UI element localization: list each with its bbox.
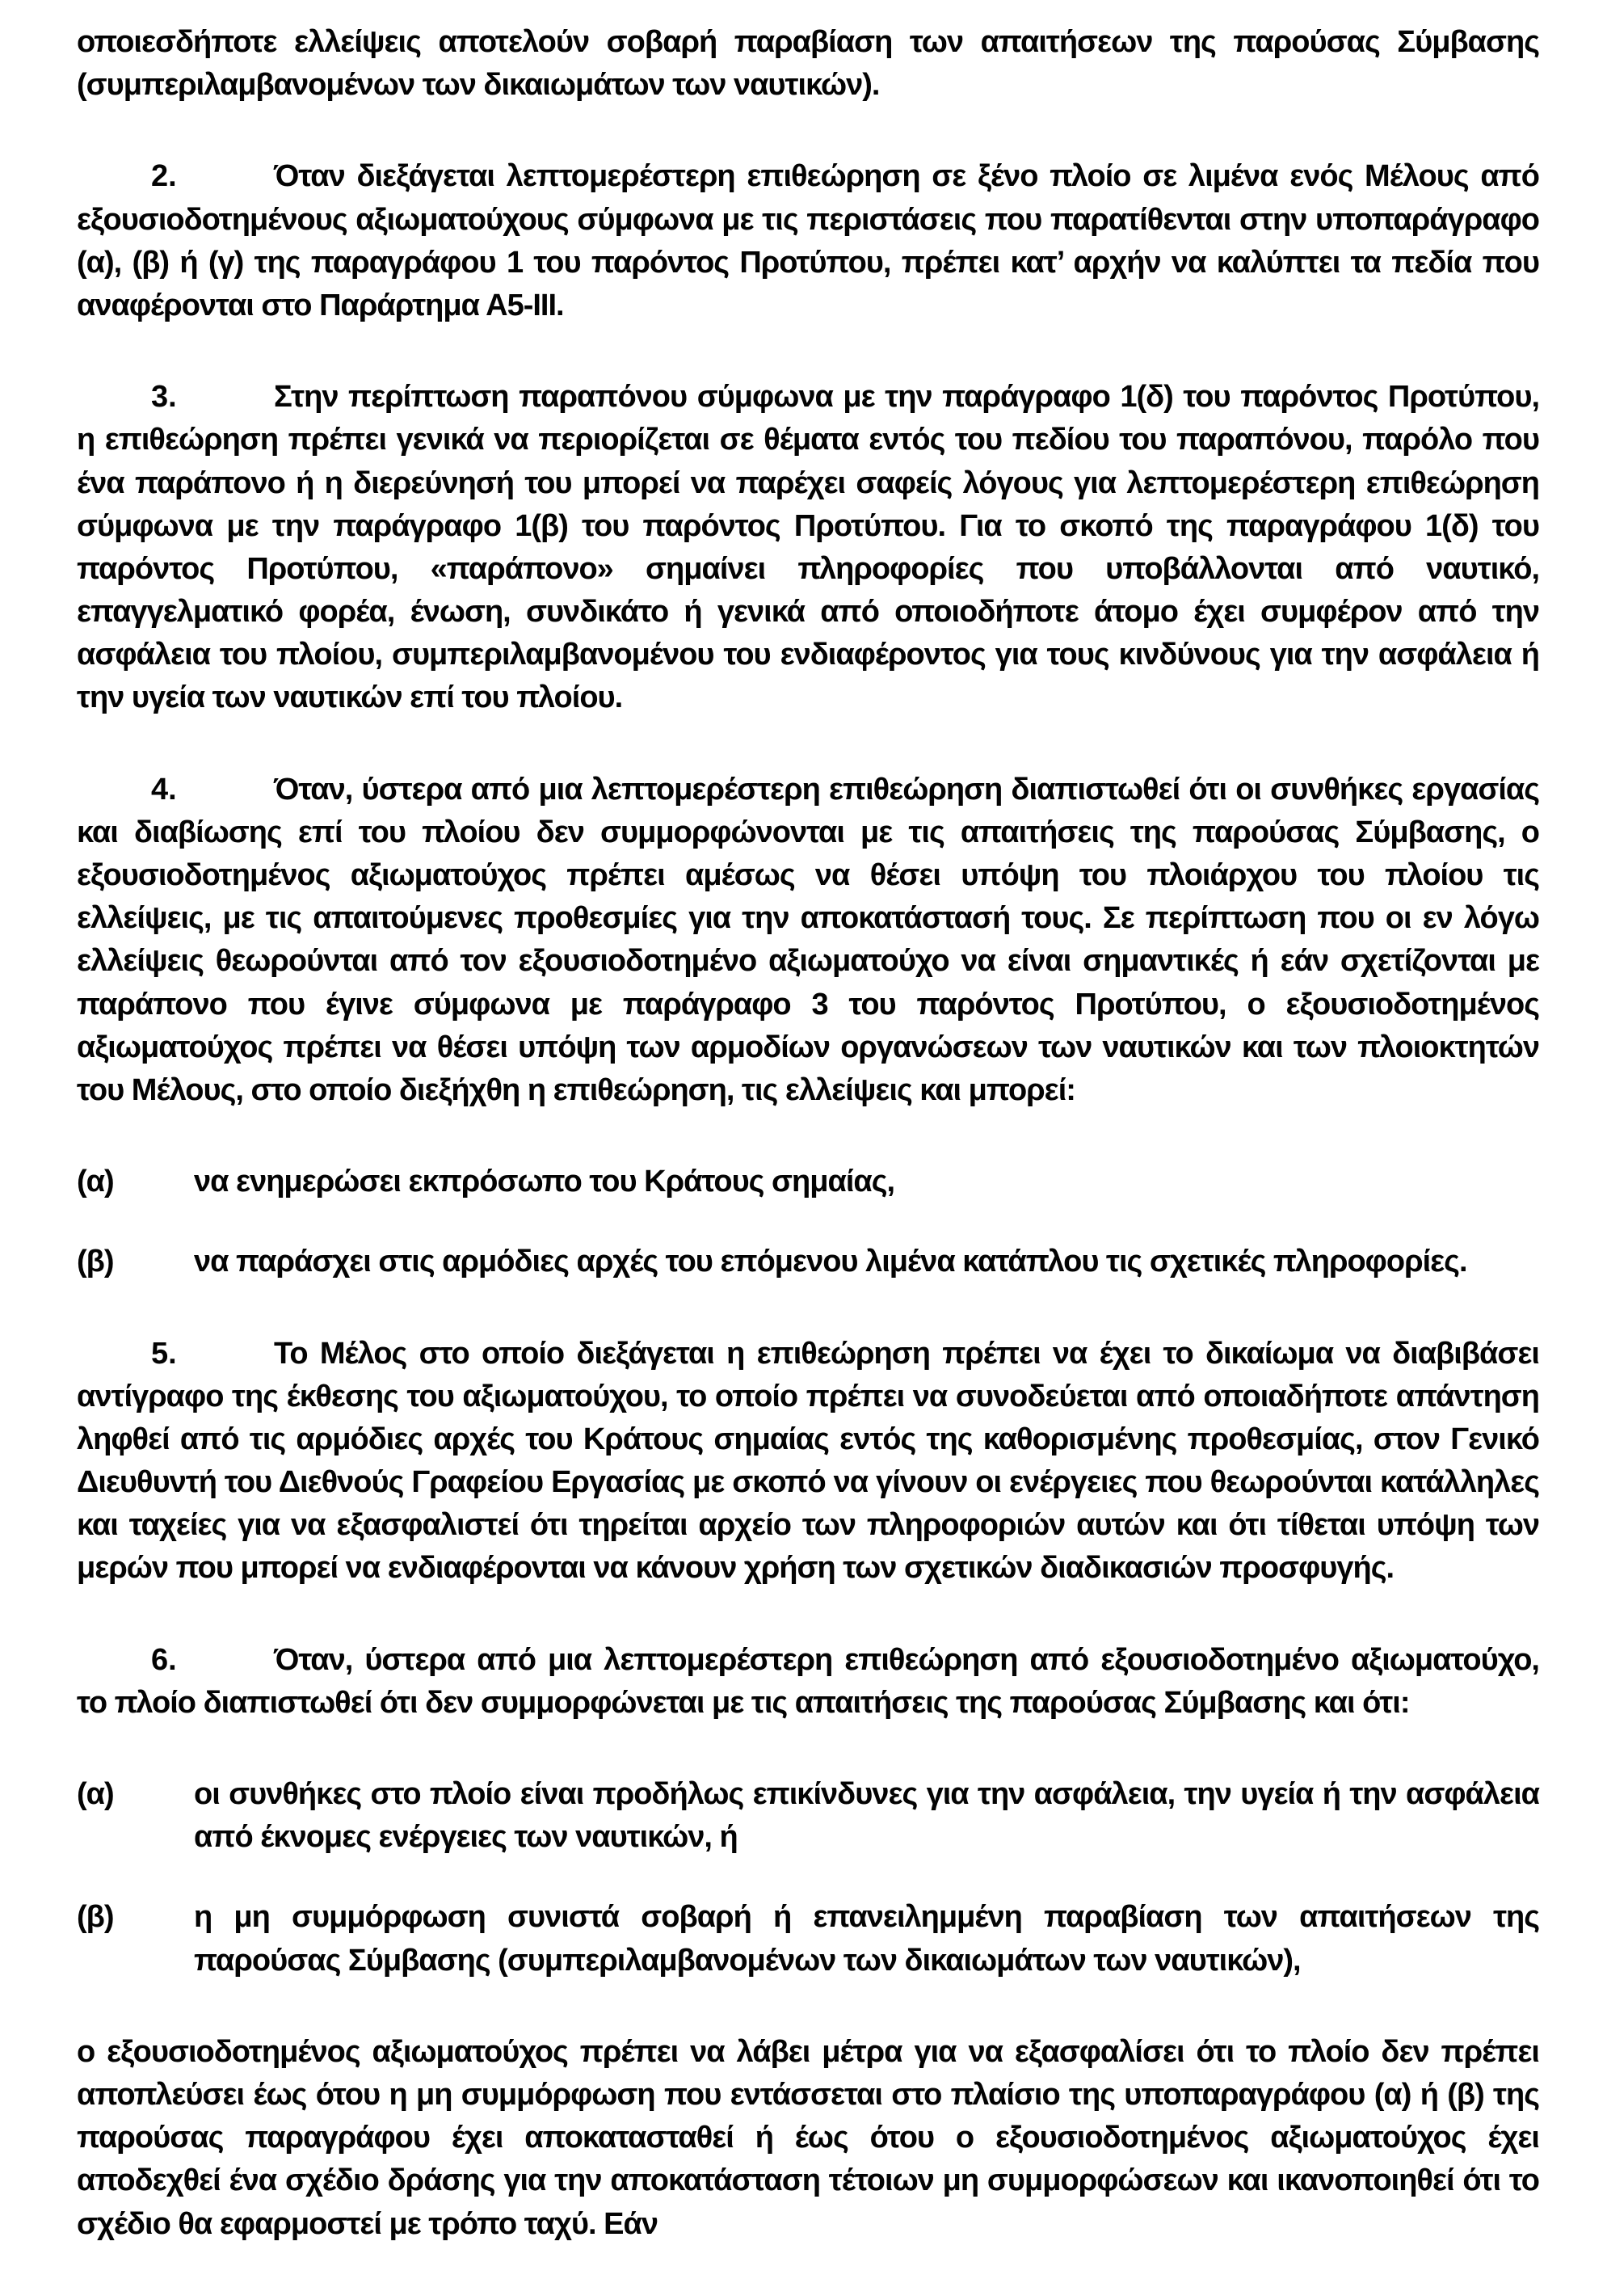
paragraph-2: 2.Όταν διεξάγεται λεπτομερέστερη επιθεώρ… [77,155,1539,327]
paragraph-6-number: 6. [151,1639,274,1682]
paragraph-closing: ο εξουσιοδοτημένος αξιωματούχος πρέπει ν… [77,2031,1539,2246]
paragraph-3-text: Στην περίπτωση παραπόνου σύμφωνα με την … [77,380,1539,714]
list-item-6a: (α) οι συνθήκες στο πλοίο είναι προδήλως… [77,1773,1539,1859]
paragraph-4: 4.Όταν, ύστερα από μια λεπτομερέστερη επ… [77,769,1539,1113]
paragraph-2-text: Όταν διεξάγεται λεπτομερέστερη επιθεώρησ… [77,159,1539,322]
paragraph-3-number: 3. [151,376,274,419]
list-item-4b-marker: (β) [77,1241,194,1283]
paragraph-6: 6.Όταν, ύστερα από μια λεπτομερέστερη επ… [77,1639,1539,1725]
paragraph-intro-continuation: οποιεσδήποτε ελλείψεις αποτελούν σοβαρή … [77,21,1539,107]
paragraph-3: 3.Στην περίπτωση παραπόνου σύμφωνα με τη… [77,376,1539,720]
paragraph-6-text: Όταν, ύστερα από μια λεπτομερέστερη επιθ… [77,1643,1539,1720]
list-item-6a-text: οι συνθήκες στο πλοίο είναι προδήλως επι… [194,1773,1539,1859]
list-item-4a-marker: (α) [77,1161,194,1203]
paragraph-2-number: 2. [151,155,274,198]
paragraph-5: 5.Το Μέλος στο οποίο διεξάγεται η επιθεώ… [77,1333,1539,1590]
scanned-document-page: οποιεσδήποτε ελλείψεις αποτελούν σοβαρή … [0,0,1607,2296]
list-item-6b: (β) η μη συμμόρφωση συνιστά σοβαρή ή επα… [77,1896,1539,1982]
list-item-6b-text: η μη συμμόρφωση συνιστά σοβαρή ή επανειλ… [194,1896,1539,1982]
list-item-4a: (α) να ενημερώσει εκπρόσωπο του Κράτους … [77,1161,1539,1203]
list-item-4b-text: να παράσχει στις αρμόδιες αρχές του επόμ… [194,1241,1539,1283]
paragraph-5-text: Το Μέλος στο οποίο διεξάγεται η επιθεώρη… [77,1337,1539,1586]
list-item-6b-marker: (β) [77,1896,194,1982]
list-item-6a-marker: (α) [77,1773,194,1859]
paragraph-4-text: Όταν, ύστερα από μια λεπτομερέστερη επιθ… [77,773,1539,1107]
paragraph-5-number: 5. [151,1333,274,1375]
list-item-4b: (β) να παράσχει στις αρμόδιες αρχές του … [77,1241,1539,1283]
paragraph-4-number: 4. [151,769,274,811]
list-item-4a-text: να ενημερώσει εκπρόσωπο του Κράτους σημα… [194,1161,1539,1203]
